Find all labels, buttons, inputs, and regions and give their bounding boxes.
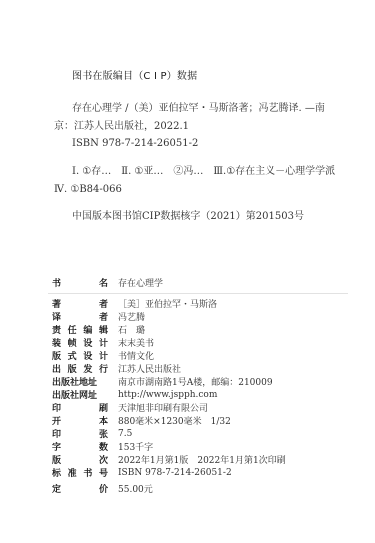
- label-char: 出: [52, 362, 61, 375]
- info-row-edition: 版 次 2022年1月第1版 2022年1月第1次印刷: [52, 453, 286, 466]
- label-char: 计: [99, 336, 108, 349]
- info-value-format: 880毫米×1230毫米 1/32: [118, 414, 231, 427]
- info-value-cover-design: 末末美书: [118, 336, 154, 349]
- cip-description-line-1: 存在心理学 /（美）亚伯拉罕・马斯洛著；冯艺腾译. —南: [72, 103, 325, 115]
- info-row-layout-design: 版 式 设 计 书情文化: [52, 349, 154, 362]
- info-label: 印 张: [52, 427, 108, 440]
- info-label: 出 版 发 行: [52, 362, 108, 375]
- label-char: 设: [83, 349, 92, 362]
- label-char: 版: [68, 362, 77, 375]
- separator-line: [48, 293, 348, 294]
- label-char: 编: [83, 323, 92, 336]
- info-value-edition: 2022年1月第1版 2022年1月第1次印刷: [118, 453, 286, 466]
- info-value-publisher-address: 南京市湖南路1号A楼，邮编：210009: [118, 375, 273, 388]
- label-char: 刷: [99, 401, 108, 414]
- info-value-layout-design: 书情文化: [118, 349, 154, 362]
- cip-classification-line-2: Ⅳ. ①B84-066: [54, 184, 122, 196]
- label-char: 本: [99, 414, 108, 427]
- label-char: 者: [99, 297, 108, 310]
- cip-verification-number: 中国版本图书馆CIP数据核字（2021）第201503号: [72, 211, 304, 223]
- info-label: 版 次: [52, 453, 108, 466]
- label-char: 任: [68, 323, 77, 336]
- copyright-page: 图书在版编目（C I P）数据 存在心理学 /（美）亚伯拉罕・马斯洛著；冯艺腾译…: [0, 0, 375, 543]
- label-char: 责: [52, 323, 61, 336]
- info-label: 译 者: [52, 310, 108, 323]
- info-row-printer: 印 刷 天津旭非印刷有限公司: [52, 401, 208, 414]
- info-row-editor: 责 任 编 辑 石 璐: [52, 323, 145, 336]
- info-row-sheets: 印 张 7.5: [52, 427, 132, 440]
- cip-classification-line-1: Ⅰ. ①存… Ⅱ. ①亚… ②冯… Ⅲ.①存在主义－心理学学派: [72, 166, 335, 178]
- label-char: 发: [83, 362, 92, 375]
- label-char: 书: [83, 466, 92, 479]
- info-row-format: 开 本 880毫米×1230毫米 1/32: [52, 414, 231, 427]
- info-label: 定 价: [52, 482, 108, 495]
- cip-description-line-2: 京：江苏人民出版社，2022.1: [54, 121, 189, 133]
- label-char: 式: [68, 349, 77, 362]
- info-value-editor: 石 璐: [118, 323, 145, 336]
- label-char: 译: [52, 310, 61, 323]
- info-label: 书 名: [52, 276, 108, 289]
- info-row-translator: 译 者 冯艺腾: [52, 310, 145, 323]
- label-char: 设: [83, 336, 92, 349]
- info-value-translator: 冯艺腾: [118, 310, 145, 323]
- label-char: 字: [52, 440, 61, 453]
- cip-isbn: ISBN 978-7-214-26051-2: [72, 138, 198, 150]
- info-row-isbn: 标 准 书 号 ISBN 978-7-214-26051-2: [52, 466, 232, 479]
- label-char: 标: [52, 466, 61, 479]
- info-value-title: 存在心理学: [118, 276, 163, 289]
- cip-heading: 图书在版编目（C I P）数据: [72, 67, 197, 82]
- info-label: 开 本: [52, 414, 108, 427]
- info-value-publisher: 江苏人民出版社: [118, 362, 181, 375]
- info-value-sheets: 7.5: [118, 429, 132, 439]
- info-row-price: 定 价 55.00元: [52, 482, 153, 495]
- info-row-cover-design: 装 帧 设 计 末末美书: [52, 336, 154, 349]
- info-value-author: ［美］亚伯拉罕・马斯洛: [118, 297, 217, 310]
- info-row-title: 书 名 存在心理学: [52, 276, 163, 289]
- label-char: 张: [99, 427, 108, 440]
- info-label: 印 刷: [52, 401, 108, 414]
- info-row-author: 著 者 ［美］亚伯拉罕・马斯洛: [52, 297, 217, 310]
- label-char: 印: [52, 401, 61, 414]
- info-label: 出版社地址: [52, 375, 108, 388]
- label-char: 定: [52, 482, 61, 495]
- info-value-word-count: 153千字: [118, 440, 153, 453]
- info-label: 责 任 编 辑: [52, 323, 108, 336]
- label-char: 号: [99, 466, 108, 479]
- label-char: 行: [99, 362, 108, 375]
- label-char: 准: [68, 466, 77, 479]
- info-row-publisher: 出 版 发 行 江苏人民出版社: [52, 362, 181, 375]
- info-row-word-count: 字 数 153千字: [52, 440, 153, 453]
- info-value-isbn: ISBN 978-7-214-26051-2: [118, 468, 232, 478]
- label-char: 版: [52, 349, 61, 362]
- info-row-publisher-website: 出版社网址 http://www.jspph.com: [52, 388, 217, 401]
- label-char: 出版社地址: [52, 375, 97, 388]
- label-char: 辑: [99, 323, 108, 336]
- label-char: 计: [99, 349, 108, 362]
- label-char: 出版社网址: [52, 388, 97, 401]
- label-char: 著: [52, 297, 61, 310]
- info-label: 字 数: [52, 440, 108, 453]
- label-char: 开: [52, 414, 61, 427]
- info-value-price: 55.00元: [118, 482, 153, 495]
- label-char: 版: [52, 453, 61, 466]
- label-char: 帧: [68, 336, 77, 349]
- label-char: 者: [99, 310, 108, 323]
- info-label: 标 准 书 号: [52, 466, 108, 479]
- info-label: 出版社网址: [52, 388, 108, 401]
- label-char: 名: [99, 276, 108, 289]
- info-label: 著 者: [52, 297, 108, 310]
- label-char: 价: [99, 482, 108, 495]
- label-char: 印: [52, 427, 61, 440]
- info-value-printer: 天津旭非印刷有限公司: [118, 401, 208, 414]
- info-label: 装 帧 设 计: [52, 336, 108, 349]
- label-char: 装: [52, 336, 61, 349]
- info-value-publisher-website: http://www.jspph.com: [118, 390, 217, 400]
- label-char: 书: [52, 276, 61, 289]
- info-label: 版 式 设 计: [52, 349, 108, 362]
- info-row-publisher-address: 出版社地址 南京市湖南路1号A楼，邮编：210009: [52, 375, 273, 388]
- label-char: 数: [99, 440, 108, 453]
- label-char: 次: [99, 453, 108, 466]
